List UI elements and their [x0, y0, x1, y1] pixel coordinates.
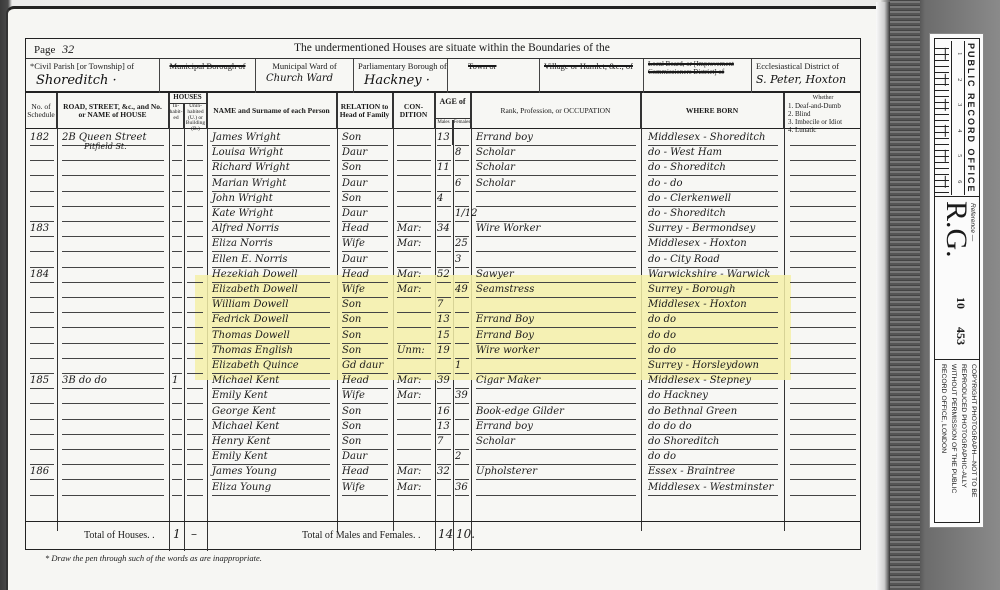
row-road	[62, 405, 164, 420]
row-female-age: 6	[455, 177, 469, 192]
row-male-age: 13	[437, 313, 451, 328]
row-infirmity	[790, 374, 856, 389]
rule	[184, 522, 185, 551]
row-occupation	[476, 237, 636, 252]
row-where-born: Warwickshire - Warwick	[648, 268, 778, 283]
col-age-title: AGE of	[435, 93, 470, 119]
row-where-born: do do do	[648, 420, 778, 435]
municipal-ward-label: Municipal Ward of	[256, 59, 353, 73]
row-relation: Daur	[342, 253, 388, 268]
table-row: Henry KentSon7Scholardo Shoreditch	[26, 435, 860, 450]
row-condition: Mar:	[397, 283, 431, 298]
row-infirmity	[790, 481, 856, 496]
row-road	[62, 359, 164, 374]
row-uninhabited	[187, 268, 203, 283]
row-occupation: Errand Boy	[476, 313, 636, 328]
row-infirmity	[790, 192, 856, 207]
row-uninhabited	[187, 298, 203, 313]
row-uninhabited	[187, 313, 203, 328]
row-female-age	[455, 344, 469, 359]
village-field: Village or Hamlet, &c., of	[540, 59, 644, 93]
table-row: Ellen E. NorrisDaur3do - City Road	[26, 253, 860, 268]
row-uninhabited	[187, 283, 203, 298]
row-name: James Wright	[212, 131, 330, 146]
row-occupation: Wire worker	[476, 344, 636, 359]
row-infirmity	[790, 420, 856, 435]
row-schedule	[30, 435, 54, 450]
row-inhabited	[172, 177, 182, 192]
row-where-born: Essex - Braintree	[648, 465, 778, 480]
civil-parish-field: *Civil Parish [or Township] of Shoreditc…	[26, 59, 160, 93]
total-persons-label: Total of Males and Females. .	[302, 530, 420, 541]
row-name: Louisa Wright	[212, 146, 330, 161]
row-infirmity	[790, 253, 856, 268]
col-where-born: WHERE BORN	[641, 93, 784, 129]
row-male-age	[437, 450, 451, 465]
col-houses: HOUSES In-habit-ed Unin-habited (U.) or …	[169, 93, 207, 129]
rule	[169, 522, 170, 551]
municipal-ward-value: Church Ward	[256, 73, 353, 84]
row-uninhabited	[187, 359, 203, 374]
row-where-born: Middlesex - Hoxton	[648, 298, 778, 313]
total-uninhabited: –	[191, 527, 197, 541]
boundary-fields: *Civil Parish [or Township] of Shoreditc…	[26, 59, 860, 93]
table-row: Fedrick DowellSon13Errand Boydo do	[26, 313, 860, 328]
row-inhabited	[172, 253, 182, 268]
row-condition	[397, 177, 431, 192]
row-road	[62, 344, 164, 359]
row-uninhabited	[187, 146, 203, 161]
row-name: Thomas Dowell	[212, 329, 330, 344]
row-female-age: 39	[455, 389, 469, 404]
row-where-born: Surrey - Horsleydown	[648, 359, 778, 374]
row-inhabited	[172, 481, 182, 496]
row-uninhabited	[187, 237, 203, 252]
row-road	[62, 222, 164, 237]
row-road	[62, 435, 164, 450]
row-condition	[397, 131, 431, 146]
table-row: Richard WrightSon11Scholardo - Shoreditc…	[26, 161, 860, 176]
reference-piece: 453	[953, 327, 968, 345]
reference-class: 10	[953, 297, 968, 309]
row-where-born: do do	[648, 450, 778, 465]
row-road	[62, 420, 164, 435]
row-female-age	[455, 298, 469, 313]
row-schedule	[30, 298, 54, 313]
row-name: Elizabeth Quince	[212, 359, 330, 374]
table-row: Eliza YoungWifeMar:36Middlesex - Westmin…	[26, 481, 860, 496]
municipal-borough-label: Municipal Borough of	[160, 59, 255, 73]
row-relation: Wife	[342, 389, 388, 404]
row-uninhabited	[187, 131, 203, 146]
row-female-age	[455, 268, 469, 283]
row-female-age	[455, 329, 469, 344]
row-inhabited: 1	[172, 374, 182, 389]
row-inhabited	[172, 283, 182, 298]
row-uninhabited	[187, 481, 203, 496]
row-female-age: 25	[455, 237, 469, 252]
row-road	[62, 268, 164, 283]
col-condition: CON-DITION	[393, 93, 435, 129]
row-female-age: 1	[455, 359, 469, 374]
table-row: Elizabeth QuinceGd daur1Surrey - Horsley…	[26, 359, 860, 374]
row-name: Emily Kent	[212, 450, 330, 465]
total-females: 10.	[456, 527, 475, 541]
row-condition	[397, 146, 431, 161]
row-female-age	[455, 374, 469, 389]
page-label: Page	[34, 44, 55, 56]
row-uninhabited	[187, 435, 203, 450]
page-number: Page 32	[34, 42, 74, 57]
table-row: 1853B do do1Michael KentHeadMar:39Cigar …	[26, 374, 860, 389]
row-occupation: Cigar Maker	[476, 374, 636, 389]
row-male-age: 16	[437, 405, 451, 420]
row-inhabited	[172, 450, 182, 465]
row-occupation	[476, 192, 636, 207]
row-relation: Son	[342, 420, 388, 435]
table-row: Eliza NorrisWifeMar:25Middlesex - Hoxton	[26, 237, 860, 252]
rule	[471, 522, 472, 551]
row-where-born: do - City Road	[648, 253, 778, 268]
row-name: Ellen E. Norris	[212, 253, 330, 268]
col-relation: RELATION to Head of Family	[337, 93, 393, 129]
row-male-age: 13	[437, 420, 451, 435]
table-row: Louisa WrightDaur8Scholardo - West Ham	[26, 146, 860, 161]
row-female-age	[455, 161, 469, 176]
row-male-age: 11	[437, 161, 451, 176]
row-female-age: 8	[455, 146, 469, 161]
row-inhabited	[172, 344, 182, 359]
row-infirmity	[790, 435, 856, 450]
row-relation: Son	[342, 131, 388, 146]
row-relation: Gd daur	[342, 359, 388, 374]
row-where-born: Surrey - Borough	[648, 283, 778, 298]
col-road: ROAD, STREET, &c., and No. or NAME of HO…	[57, 93, 169, 129]
table-row: 184Hezekiah DowellHeadMar:52SawyerWarwic…	[26, 268, 860, 283]
row-condition	[397, 313, 431, 328]
row-condition	[397, 161, 431, 176]
row-occupation	[476, 253, 636, 268]
row-inhabited	[172, 146, 182, 161]
row-road	[62, 389, 164, 404]
row-occupation: Scholar	[476, 177, 636, 192]
row-inhabited	[172, 237, 182, 252]
row-male-age: 7	[437, 435, 451, 450]
row-inhabited	[172, 313, 182, 328]
row-schedule	[30, 344, 54, 359]
row-where-born: do do	[648, 329, 778, 344]
row-relation: Daur	[342, 177, 388, 192]
column-headers: No. of Schedule ROAD, STREET, &c., and N…	[26, 93, 860, 129]
row-occupation: Seamstress	[476, 283, 636, 298]
row-relation: Son	[342, 161, 388, 176]
row-name: George Kent	[212, 405, 330, 420]
row-schedule: 182	[30, 131, 54, 146]
row-inhabited	[172, 465, 182, 480]
village-label: Village or Hamlet, &c., of	[540, 59, 643, 73]
table-row: Michael KentSon13Errand boydo do do	[26, 420, 860, 435]
row-infirmity	[790, 237, 856, 252]
record-office-label: 1 2 3 4 5 6 PUBLIC RECORD OFFICE Referen…	[929, 33, 984, 528]
row-relation: Son	[342, 405, 388, 420]
row-occupation	[476, 359, 636, 374]
row-occupation	[476, 207, 636, 222]
col-houses-uninhabited: Unin-habited (U.) or Building (B.)	[184, 104, 207, 129]
row-name: Henry Kent	[212, 435, 330, 450]
row-condition	[397, 405, 431, 420]
row-male-age: 15	[437, 329, 451, 344]
rule	[435, 522, 436, 551]
row-infirmity	[790, 329, 856, 344]
row-occupation	[476, 450, 636, 465]
row-infirmity	[790, 450, 856, 465]
row-road	[62, 237, 164, 252]
row-male-age: 19	[437, 344, 451, 359]
row-inhabited	[172, 435, 182, 450]
row-relation: Wife	[342, 481, 388, 496]
row-female-age: 3	[455, 253, 469, 268]
row-inhabited	[172, 389, 182, 404]
rule	[453, 522, 454, 551]
parliamentary-borough-field: Parliamentary Borough of Hackney ·	[354, 59, 448, 93]
row-inhabited	[172, 405, 182, 420]
row-occupation: Book-edge Gilder	[476, 405, 636, 420]
row-occupation: Scholar	[476, 146, 636, 161]
col-infirmity: Whether 1. Deaf-and-Dumb 2. Blind 3. Imb…	[784, 93, 862, 129]
col-houses-inhabited: In-habit-ed	[169, 104, 184, 129]
row-condition	[397, 420, 431, 435]
row-where-born: Middlesex - Shoreditch	[648, 131, 778, 146]
row-uninhabited	[187, 329, 203, 344]
row-schedule	[30, 177, 54, 192]
book-spine	[890, 0, 920, 590]
row-schedule	[30, 405, 54, 420]
row-female-age	[455, 131, 469, 146]
reference-series: R.G.	[939, 201, 973, 258]
row-inhabited	[172, 359, 182, 374]
row-name: William Dowell	[212, 298, 330, 313]
row-condition	[397, 450, 431, 465]
ecclesiastical-district-value: S. Peter, Hoxton	[752, 73, 862, 86]
row-infirmity	[790, 207, 856, 222]
row-female-age	[455, 465, 469, 480]
row-road	[62, 177, 164, 192]
row-uninhabited	[187, 374, 203, 389]
row-uninhabited	[187, 192, 203, 207]
row-infirmity	[790, 177, 856, 192]
row-where-born: do Hackney	[648, 389, 778, 404]
row-road	[62, 298, 164, 313]
census-form: Page 32 The undermentioned Houses are si…	[25, 38, 861, 550]
table-row: 186James YoungHeadMar:32UpholstererEssex…	[26, 465, 860, 480]
row-inhabited	[172, 420, 182, 435]
copyright-notice: COPYRIGHT PHOTOGRAPH—NOT TO BE REPRODUCE…	[938, 364, 978, 519]
col-schedule: No. of Schedule	[26, 93, 57, 129]
row-relation: Head	[342, 465, 388, 480]
row-relation: Son	[342, 298, 388, 313]
row-schedule	[30, 237, 54, 252]
row-uninhabited	[187, 405, 203, 420]
row-condition	[397, 435, 431, 450]
row-where-born: Middlesex - Hoxton	[648, 237, 778, 252]
row-female-age	[455, 405, 469, 420]
row-condition: Mar:	[397, 222, 431, 237]
row-where-born: do do	[648, 313, 778, 328]
row-schedule: 183	[30, 222, 54, 237]
row-infirmity	[790, 298, 856, 313]
row-male-age: 39	[437, 374, 451, 389]
row-infirmity	[790, 313, 856, 328]
row-condition	[397, 207, 431, 222]
totals-row: Total of Houses. . 1 – Total of Males an…	[26, 521, 860, 550]
row-road	[62, 465, 164, 480]
row-road	[62, 313, 164, 328]
row-occupation: Scholar	[476, 435, 636, 450]
row-relation: Head	[342, 222, 388, 237]
parliamentary-borough-label: Parliamentary Borough of	[354, 59, 447, 73]
row-where-born: do - West Ham	[648, 146, 778, 161]
row-schedule	[30, 450, 54, 465]
table-row: Emily KentWifeMar:39do Hackney	[26, 389, 860, 404]
row-relation: Daur	[342, 450, 388, 465]
row-male-age: 4	[437, 192, 451, 207]
row-relation: Wife	[342, 237, 388, 252]
row-inhabited	[172, 131, 182, 146]
table-row: George KentSon16Book-edge Gilderdo Bethn…	[26, 405, 860, 420]
row-female-age: 36	[455, 481, 469, 496]
row-inhabited	[172, 207, 182, 222]
row-schedule	[30, 313, 54, 328]
table-row: Emily KentDaur2do do	[26, 450, 860, 465]
row-occupation	[476, 481, 636, 496]
row-relation: Daur	[342, 146, 388, 161]
row-road: 3B do do	[62, 374, 164, 389]
row-relation: Son	[342, 344, 388, 359]
table-row: William DowellSon7Middlesex - Hoxton	[26, 298, 860, 313]
ruler-numbers: 1 2 3 4 5 6	[951, 41, 965, 195]
row-male-age: 7	[437, 298, 451, 313]
row-condition: Mar:	[397, 481, 431, 496]
row-occupation	[476, 298, 636, 313]
row-where-born: do Shoreditch	[648, 435, 778, 450]
row-infirmity	[790, 344, 856, 359]
row-schedule	[30, 359, 54, 374]
municipal-borough-field: Municipal Borough of	[160, 59, 256, 93]
row-condition	[397, 192, 431, 207]
row-infirmity	[790, 283, 856, 298]
row-uninhabited	[187, 253, 203, 268]
row-uninhabited	[187, 161, 203, 176]
row-schedule: 184	[30, 268, 54, 283]
total-houses-label: Total of Houses. .	[84, 530, 155, 541]
row-condition: Mar:	[397, 374, 431, 389]
row-inhabited	[172, 161, 182, 176]
table-row: 183Alfred NorrisHeadMar:34Wire WorkerSur…	[26, 222, 860, 237]
row-name: Kate Wright	[212, 207, 330, 222]
total-inhabited: 1	[173, 527, 181, 541]
infirmity-item: 3. Imbecile or Idiot	[788, 118, 858, 126]
page-number-value: 32	[62, 42, 74, 56]
row-road	[62, 450, 164, 465]
row-relation: Daur	[342, 207, 388, 222]
row-where-born: do - Clerkenwell	[648, 192, 778, 207]
row-name: Thomas English	[212, 344, 330, 359]
ecclesiastical-district-label: Ecclesiastical District of	[752, 59, 862, 73]
row-occupation: Wire Worker	[476, 222, 636, 237]
row-male-age	[437, 389, 451, 404]
row-where-born: Middlesex - Stepney	[648, 374, 778, 389]
row-where-born: Middlesex - Westminster	[648, 481, 778, 496]
local-board-field: Local Board, or [Improvement Commissione…	[644, 59, 752, 93]
row-uninhabited	[187, 465, 203, 480]
row-name: Hezekiah Dowell	[212, 268, 330, 283]
row-name: Eliza Norris	[212, 237, 330, 252]
row-male-age	[437, 359, 451, 374]
row-condition	[397, 329, 431, 344]
row-occupation: Upholsterer	[476, 465, 636, 480]
row-occupation	[476, 389, 636, 404]
row-occupation: Scholar	[476, 161, 636, 176]
row-schedule	[30, 481, 54, 496]
civil-parish-value: Shoreditch ·	[26, 73, 159, 88]
row-name: John Wright	[212, 192, 330, 207]
row-schedule	[30, 207, 54, 222]
row-schedule	[30, 389, 54, 404]
parliamentary-borough-value: Hackney ·	[354, 73, 447, 88]
row-condition: Mar:	[397, 237, 431, 252]
row-occupation: Sawyer	[476, 268, 636, 283]
row-road	[62, 253, 164, 268]
table-row: Thomas DowellSon15Errand Boydo do	[26, 329, 860, 344]
page-fold	[876, 2, 890, 590]
row-name: Richard Wright	[212, 161, 330, 176]
row-infirmity	[790, 268, 856, 283]
row-male-age	[437, 177, 451, 192]
row-where-born: do - Shoreditch	[648, 161, 778, 176]
row-female-age	[455, 435, 469, 450]
rule	[207, 522, 208, 551]
row-condition: Unm:	[397, 344, 431, 359]
row-name: Marian Wright	[212, 177, 330, 192]
record-office-frame: 1 2 3 4 5 6 PUBLIC RECORD OFFICE Referen…	[934, 38, 980, 523]
row-male-age	[437, 207, 451, 222]
row-uninhabited	[187, 420, 203, 435]
infirmity-item: 2. Blind	[788, 110, 858, 118]
row-condition	[397, 253, 431, 268]
table-row: Thomas EnglishSonUnm:19Wire workerdo do	[26, 344, 860, 359]
local-board-label: Local Board, or [Improvement Commissione…	[644, 59, 751, 78]
row-male-age	[437, 237, 451, 252]
row-name: Fedrick Dowell	[212, 313, 330, 328]
row-where-born: do - Shoreditch	[648, 207, 778, 222]
row-condition: Mar:	[397, 268, 431, 283]
row-name: James Young	[212, 465, 330, 480]
row-schedule	[30, 192, 54, 207]
row-male-age	[437, 146, 451, 161]
total-males: 14	[438, 527, 453, 541]
row-infirmity	[790, 359, 856, 374]
row-condition	[397, 359, 431, 374]
row-name: Eliza Young	[212, 481, 330, 496]
col-name: NAME and Surname of each Person	[207, 93, 337, 129]
row-relation: Son	[342, 313, 388, 328]
row-female-age	[455, 313, 469, 328]
row-road	[62, 283, 164, 298]
row-road	[62, 481, 164, 496]
boundary-title: The undermentioned Houses are situate wi…	[294, 42, 610, 54]
row-inhabited	[172, 268, 182, 283]
row-relation: Wife	[342, 283, 388, 298]
